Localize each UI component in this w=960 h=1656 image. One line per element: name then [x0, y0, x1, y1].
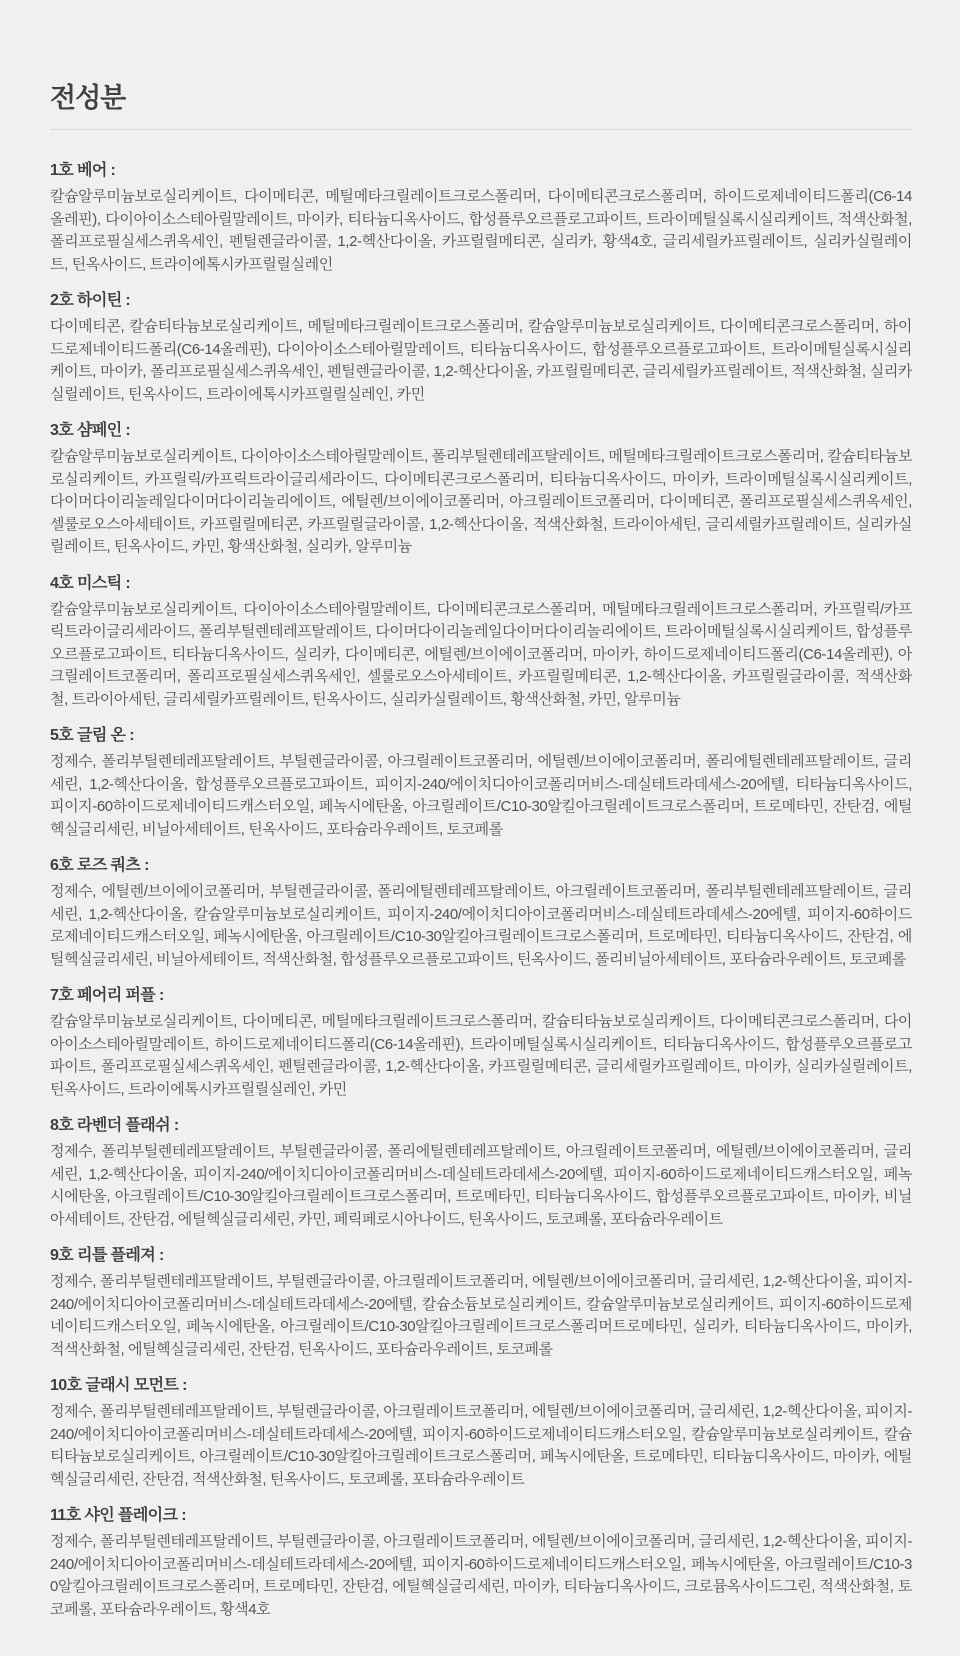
- ingredient-section-5: 5호 글림 온 : 정제수, 폴리부틸렌테레프탈레이트, 부틸렌글라이콜, 아크…: [50, 725, 912, 841]
- ingredients-page: 전성분 1호 베어 : 칼슘알루미늄보로실리케이트, 다이메티콘, 메틸메타크릴…: [0, 0, 960, 1656]
- ingredient-section-9: 9호 리틀 플레져 : 정제수, 폴리부틸렌테레프탈레이트, 부틸렌글라이콜, …: [50, 1245, 912, 1361]
- section-heading: 8호 라벤더 플래쉬 :: [50, 1115, 912, 1137]
- ingredient-section-7: 7호 페어리 퍼플 : 칼슘알루미늄보로실리케이트, 다이메티콘, 메틸메타크릴…: [50, 985, 912, 1101]
- ingredient-section-6: 6호 로즈 쿼츠 : 정제수, 에틸렌/브이에이코폴리머, 부틸렌글라이콜, 폴…: [50, 855, 912, 971]
- ingredient-list: 정제수, 폴리부틸렌테레프탈레이트, 부틸렌글라이콜, 아크릴레이트코폴리머, …: [50, 1401, 912, 1491]
- ingredient-list: 칼슘알루미늄보로실리케이트, 다이메티콘, 메틸메타크릴레이트크로스폴리머, 다…: [50, 186, 912, 276]
- section-heading: 1호 베어 :: [50, 160, 912, 182]
- ingredient-list: 칼슘알루미늄보로실리케이트, 다이메티콘, 메틸메타크릴레이트크로스폴리머, 칼…: [50, 1011, 912, 1101]
- ingredient-list: 칼슘알루미늄보로실리케이트, 다이아이소스테아릴말레이트, 다이메티콘크로스폴리…: [50, 599, 912, 712]
- ingredient-list: 정제수, 에틸렌/브이에이코폴리머, 부틸렌글라이콜, 폴리에틸렌테레프탈레이트…: [50, 881, 912, 971]
- section-heading: 2호 하이틴 :: [50, 290, 912, 312]
- page-title: 전성분: [50, 84, 912, 112]
- ingredient-section-2: 2호 하이틴 : 다이메티콘, 칼슘티타늄보로실리케이트, 메틸메타크릴레이트크…: [50, 290, 912, 406]
- ingredient-list: 정제수, 폴리부틸렌테레프탈레이트, 부틸렌글라이콜, 아크릴레이트코폴리머, …: [50, 751, 912, 841]
- ingredient-list: 정제수, 폴리부틸렌테레프탈레이트, 부틸렌글라이콜, 아크릴레이트코폴리머, …: [50, 1271, 912, 1361]
- section-heading: 5호 글림 온 :: [50, 725, 912, 747]
- ingredient-section-10: 10호 글래시 모먼트 : 정제수, 폴리부틸렌테레프탈레이트, 부틸렌글라이콜…: [50, 1375, 912, 1491]
- section-heading: 11호 샤인 플레이크 :: [50, 1505, 912, 1527]
- section-heading: 4호 미스틱 :: [50, 573, 912, 595]
- ingredient-list: 정제수, 폴리부틸렌테레프탈레이트, 부틸렌글라이콜, 아크릴레이트코폴리머, …: [50, 1531, 912, 1621]
- ingredient-section-4: 4호 미스틱 : 칼슘알루미늄보로실리케이트, 다이아이소스테아릴말레이트, 다…: [50, 573, 912, 712]
- ingredient-section-11: 11호 샤인 플레이크 : 정제수, 폴리부틸렌테레프탈레이트, 부틸렌글라이콜…: [50, 1505, 912, 1621]
- section-heading: 7호 페어리 퍼플 :: [50, 985, 912, 1007]
- section-heading: 3호 샴페인 :: [50, 420, 912, 442]
- ingredient-section-3: 3호 샴페인 : 칼슘알루미늄보로실리케이트, 다이아이소스테아릴말레이트, 폴…: [50, 420, 912, 559]
- section-heading: 6호 로즈 쿼츠 :: [50, 855, 912, 877]
- title-divider: [50, 129, 912, 130]
- ingredient-list: 다이메티콘, 칼슘티타늄보로실리케이트, 메틸메타크릴레이트크로스폴리머, 칼슘…: [50, 316, 912, 406]
- ingredient-section-8: 8호 라벤더 플래쉬 : 정제수, 폴리부틸렌테레프탈레이트, 부틸렌글라이콜,…: [50, 1115, 912, 1231]
- ingredient-list: 정제수, 폴리부틸렌테레프탈레이트, 부틸렌글라이콜, 폴리에틸렌테레프탈레이트…: [50, 1141, 912, 1231]
- ingredient-section-1: 1호 베어 : 칼슘알루미늄보로실리케이트, 다이메티콘, 메틸메타크릴레이트크…: [50, 160, 912, 276]
- section-heading: 10호 글래시 모먼트 :: [50, 1375, 912, 1397]
- ingredient-list: 칼슘알루미늄보로실리케이트, 다이아이소스테아릴말레이트, 폴리부틸렌테레프탈레…: [50, 446, 912, 559]
- section-heading: 9호 리틀 플레져 :: [50, 1245, 912, 1267]
